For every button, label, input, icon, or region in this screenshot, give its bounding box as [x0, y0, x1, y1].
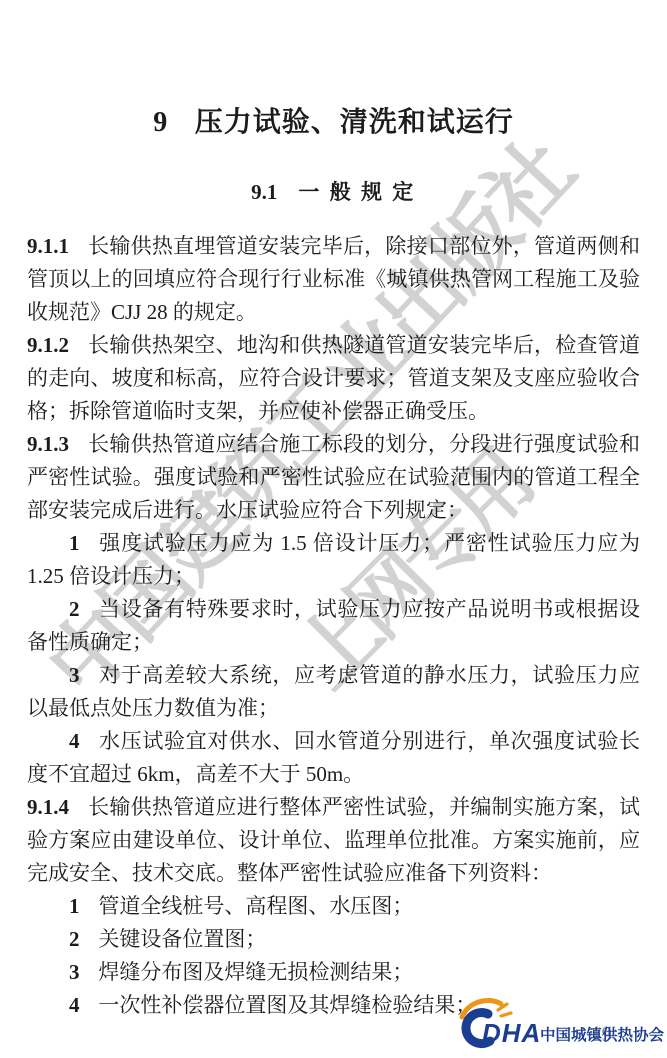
clause-text: 长输供热直埋管道安装完毕后，除接口部位外，管道两侧和管顶以上的回填应符合现行行业… [27, 234, 640, 324]
clause-number: 9.1.1 [27, 234, 69, 258]
item-text: 强度试验压力应为 1.5 倍设计压力；严密性试验压力应为 1.25 倍设计压力； [27, 531, 640, 588]
logo-acronym: DHA [482, 1018, 541, 1048]
item-number: 2 [69, 597, 80, 621]
item-number: 2 [69, 927, 80, 951]
body-text: 9.1.1长输供热直埋管道安装完毕后，除接口部位外，管道两侧和管顶以上的回填应符… [27, 230, 640, 1022]
section-heading-text: 一 般 规 定 [298, 180, 415, 204]
clause-number: 9.1.3 [27, 432, 69, 456]
item-number: 4 [69, 993, 80, 1017]
cdha-logo-graphic: DHA 中国城镇供热协会 [448, 995, 667, 1053]
item-text: 焊缝分布图及焊缝无损检测结果； [98, 960, 413, 984]
clause-text: 长输供热管道应进行整体严密性试验，并编制实施方案，试验方案应由建设单位、设计单位… [27, 795, 640, 885]
clause-number: 9.1.2 [27, 333, 69, 357]
chapter-title: 9压力试验、清洗和试运行 [0, 0, 667, 140]
clause-text: 长输供热架空、地沟和供热隧道管道安装完毕后，检查管道的走向、坡度和标高，应符合设… [27, 333, 640, 423]
clause-9-1-1: 9.1.1长输供热直埋管道安装完毕后，除接口部位外，管道两侧和管顶以上的回填应符… [27, 230, 640, 329]
item-number: 4 [69, 729, 80, 753]
item-number: 3 [69, 663, 80, 687]
item-text: 当设备有特殊要求时，试验压力应按产品说明书或根据设备性质确定； [27, 597, 640, 654]
logo-association-name: 中国城镇供热协会 [540, 1025, 665, 1044]
item-text: 对于高差较大系统，应考虑管道的静水压力，试验压力应以最低点处压力数值为准； [27, 663, 640, 720]
clause-9-1-4-item-1: 1管道全线桩号、高程图、水压图； [27, 890, 640, 923]
clause-9-1-3-item-2: 2当设备有特殊要求时，试验压力应按产品说明书或根据设备性质确定； [27, 593, 640, 659]
item-number: 1 [69, 531, 80, 555]
clause-text: 长输供热管道应结合施工标段的划分，分段进行强度试验和严密性试验。强度试验和严密性… [27, 432, 640, 522]
clause-9-1-3: 9.1.3长输供热管道应结合施工标段的划分，分段进行强度试验和严密性试验。强度试… [27, 428, 640, 527]
item-text: 水压试验宜对供水、回水管道分别进行，单次强度试验长度不宜超过 6km，高差不大于… [27, 729, 640, 786]
clause-9-1-3-item-4: 4水压试验宜对供水、回水管道分别进行，单次强度试验长度不宜超过 6km，高差不大… [27, 725, 640, 791]
cdha-logo: DHA 中国城镇供热协会 [448, 995, 667, 1053]
clause-9-1-3-item-3: 3对于高差较大系统，应考虑管道的静水压力，试验压力应以最低点处压力数值为准； [27, 659, 640, 725]
page-content: 9压力试验、清洗和试运行 9.1一 般 规 定 9.1.1长输供热直埋管道安装完… [0, 0, 667, 1022]
chapter-title-text: 压力试验、清洗和试运行 [195, 107, 514, 138]
item-text: 关键设备位置图； [98, 927, 266, 951]
clause-number: 9.1.4 [27, 795, 69, 819]
clause-9-1-2: 9.1.2长输供热架空、地沟和供热隧道管道安装完毕后，检查管道的走向、坡度和标高… [27, 329, 640, 428]
clause-9-1-4: 9.1.4长输供热管道应进行整体严密性试验，并编制实施方案，试验方案应由建设单位… [27, 791, 640, 890]
clause-9-1-4-item-3: 3焊缝分布图及焊缝无损检测结果； [27, 956, 640, 989]
item-number: 1 [69, 894, 80, 918]
item-text: 一次性补偿器位置图及其焊缝检验结果； [98, 993, 476, 1017]
section-number: 9.1 [251, 180, 277, 204]
item-number: 3 [69, 960, 80, 984]
clause-9-1-4-item-2: 2关键设备位置图； [27, 923, 640, 956]
section-heading: 9.1一 般 规 定 [0, 176, 667, 206]
chapter-number: 9 [153, 107, 168, 138]
clause-9-1-3-item-1: 1强度试验压力应为 1.5 倍设计压力；严密性试验压力应为 1.25 倍设计压力… [27, 527, 640, 593]
document-page: 中国建筑工业出版社 上网专用 9压力试验、清洗和试运行 9.1一 般 规 定 9… [0, 0, 667, 1058]
item-text: 管道全线桩号、高程图、水压图； [98, 894, 413, 918]
